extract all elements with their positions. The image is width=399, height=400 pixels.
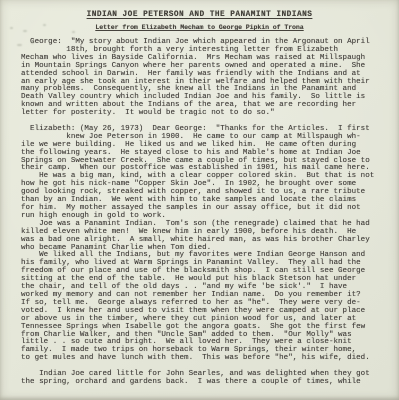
scanned-letter-page: INDIAN JOE PETERSON AND THE PANAMINT IND… (0, 0, 399, 400)
paragraph-panamint-indian: Joe was a Panamint Indian. Tom's son (th… (21, 221, 385, 253)
pencil-smudge-marks (0, 0, 140, 60)
paragraph-copper-skin-joe: He was a big man, kind, with a clear cop… (21, 173, 385, 220)
letter-body: George: "My story about Indian Joe which… (0, 39, 399, 387)
paragraph-george-hanson-family: We liked all the Indians, but my favorit… (21, 252, 385, 363)
paragraph-elizabeth-opening: Elizabeth: (May 26, 1973) Dear George: "… (21, 126, 385, 173)
paragraph-john-searles: Indian Joe cared little for John Searles… (21, 371, 385, 387)
